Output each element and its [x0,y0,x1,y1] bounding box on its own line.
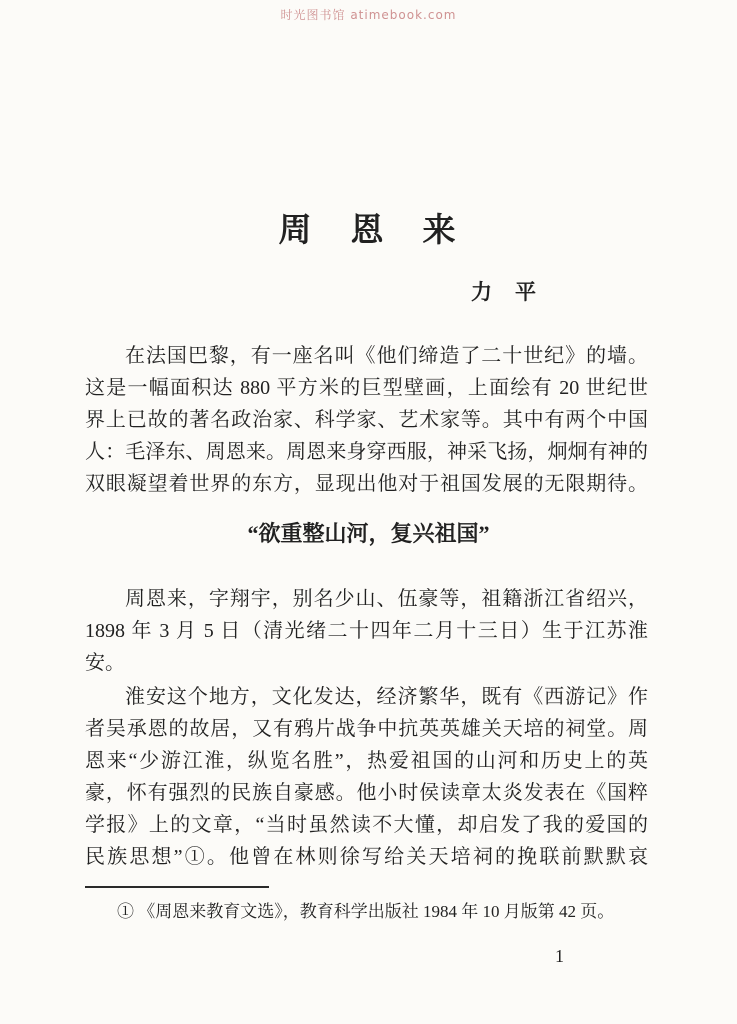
text-line: 者吴承恩的故居，又有鸦片战争中抗英英雄关天培的祠堂。周 [85,713,648,745]
paragraph-birth: 周恩来，字翔宇，别名少山、伍豪等，祖籍浙江省绍兴，1898 年 3 月 5 日（… [85,583,648,679]
footnote-divider [85,886,269,888]
text-line: 人：毛泽东、周恩来。周恩来身穿西服，神采飞扬，炯炯有神的 [85,436,648,468]
text-line: 界上已故的著名政治家、科学家、艺术家等。其中有两个中国 [85,404,648,436]
watermark: 时光图书馆 atimebook.com [0,6,737,23]
book-page: 时光图书馆 atimebook.com 周 恩 来 力 平 在法国巴黎，有一座名… [0,0,737,1024]
text-line: 周恩来，字翔宇，别名少山、伍豪等，祖籍浙江省绍兴， [85,583,648,615]
author-byline: 力 平 [0,280,737,304]
text-line: 这是一幅面积达 880 平方米的巨型壁画，上面绘有 20 世纪世 [85,372,648,404]
text-line: 安。 [85,647,648,679]
text-line: 在法国巴黎，有一座名叫《他们缔造了二十世纪》的墙。 [85,340,648,372]
text-line: 双眼凝望着世界的东方，显现出他对于祖国发展的无限期待。 [85,468,648,500]
footnote: ① 《周恩来教育文选》，教育科学出版社 1984 年 10 月版第 42 页。 [85,900,648,924]
text-line: 民族思想”①。他曾在林则徐写给关天培祠的挽联前默默哀 [85,841,648,873]
text-line: 豪，怀有强烈的民族自豪感。他小时侯读章太炎发表在《国粹 [85,777,648,809]
paragraph-huaian: 淮安这个地方，文化发达，经济繁华，既有《西游记》作者吴承恩的故居，又有鸦片战争中… [85,681,648,873]
text-line: 淮安这个地方，文化发达，经济繁华，既有《西游记》作 [85,681,648,713]
page-title: 周 恩 来 [0,0,737,250]
page-number: 1 [85,944,737,968]
text-line: 恩来“少游江淮，纵览名胜”，热爱祖国的山河和历史上的英 [85,745,648,777]
text-line: 1898 年 3 月 5 日（清光绪二十四年二月十三日）生于江苏淮 [85,615,648,647]
section-heading: “欲重整山河，复兴祖国” [0,521,737,547]
paragraph-intro: 在法国巴黎，有一座名叫《他们缔造了二十世纪》的墙。这是一幅面积达 880 平方米… [85,340,648,500]
text-line: 学报》上的文章，“当时虽然读不大懂，却启发了我的爱国的 [85,809,648,841]
